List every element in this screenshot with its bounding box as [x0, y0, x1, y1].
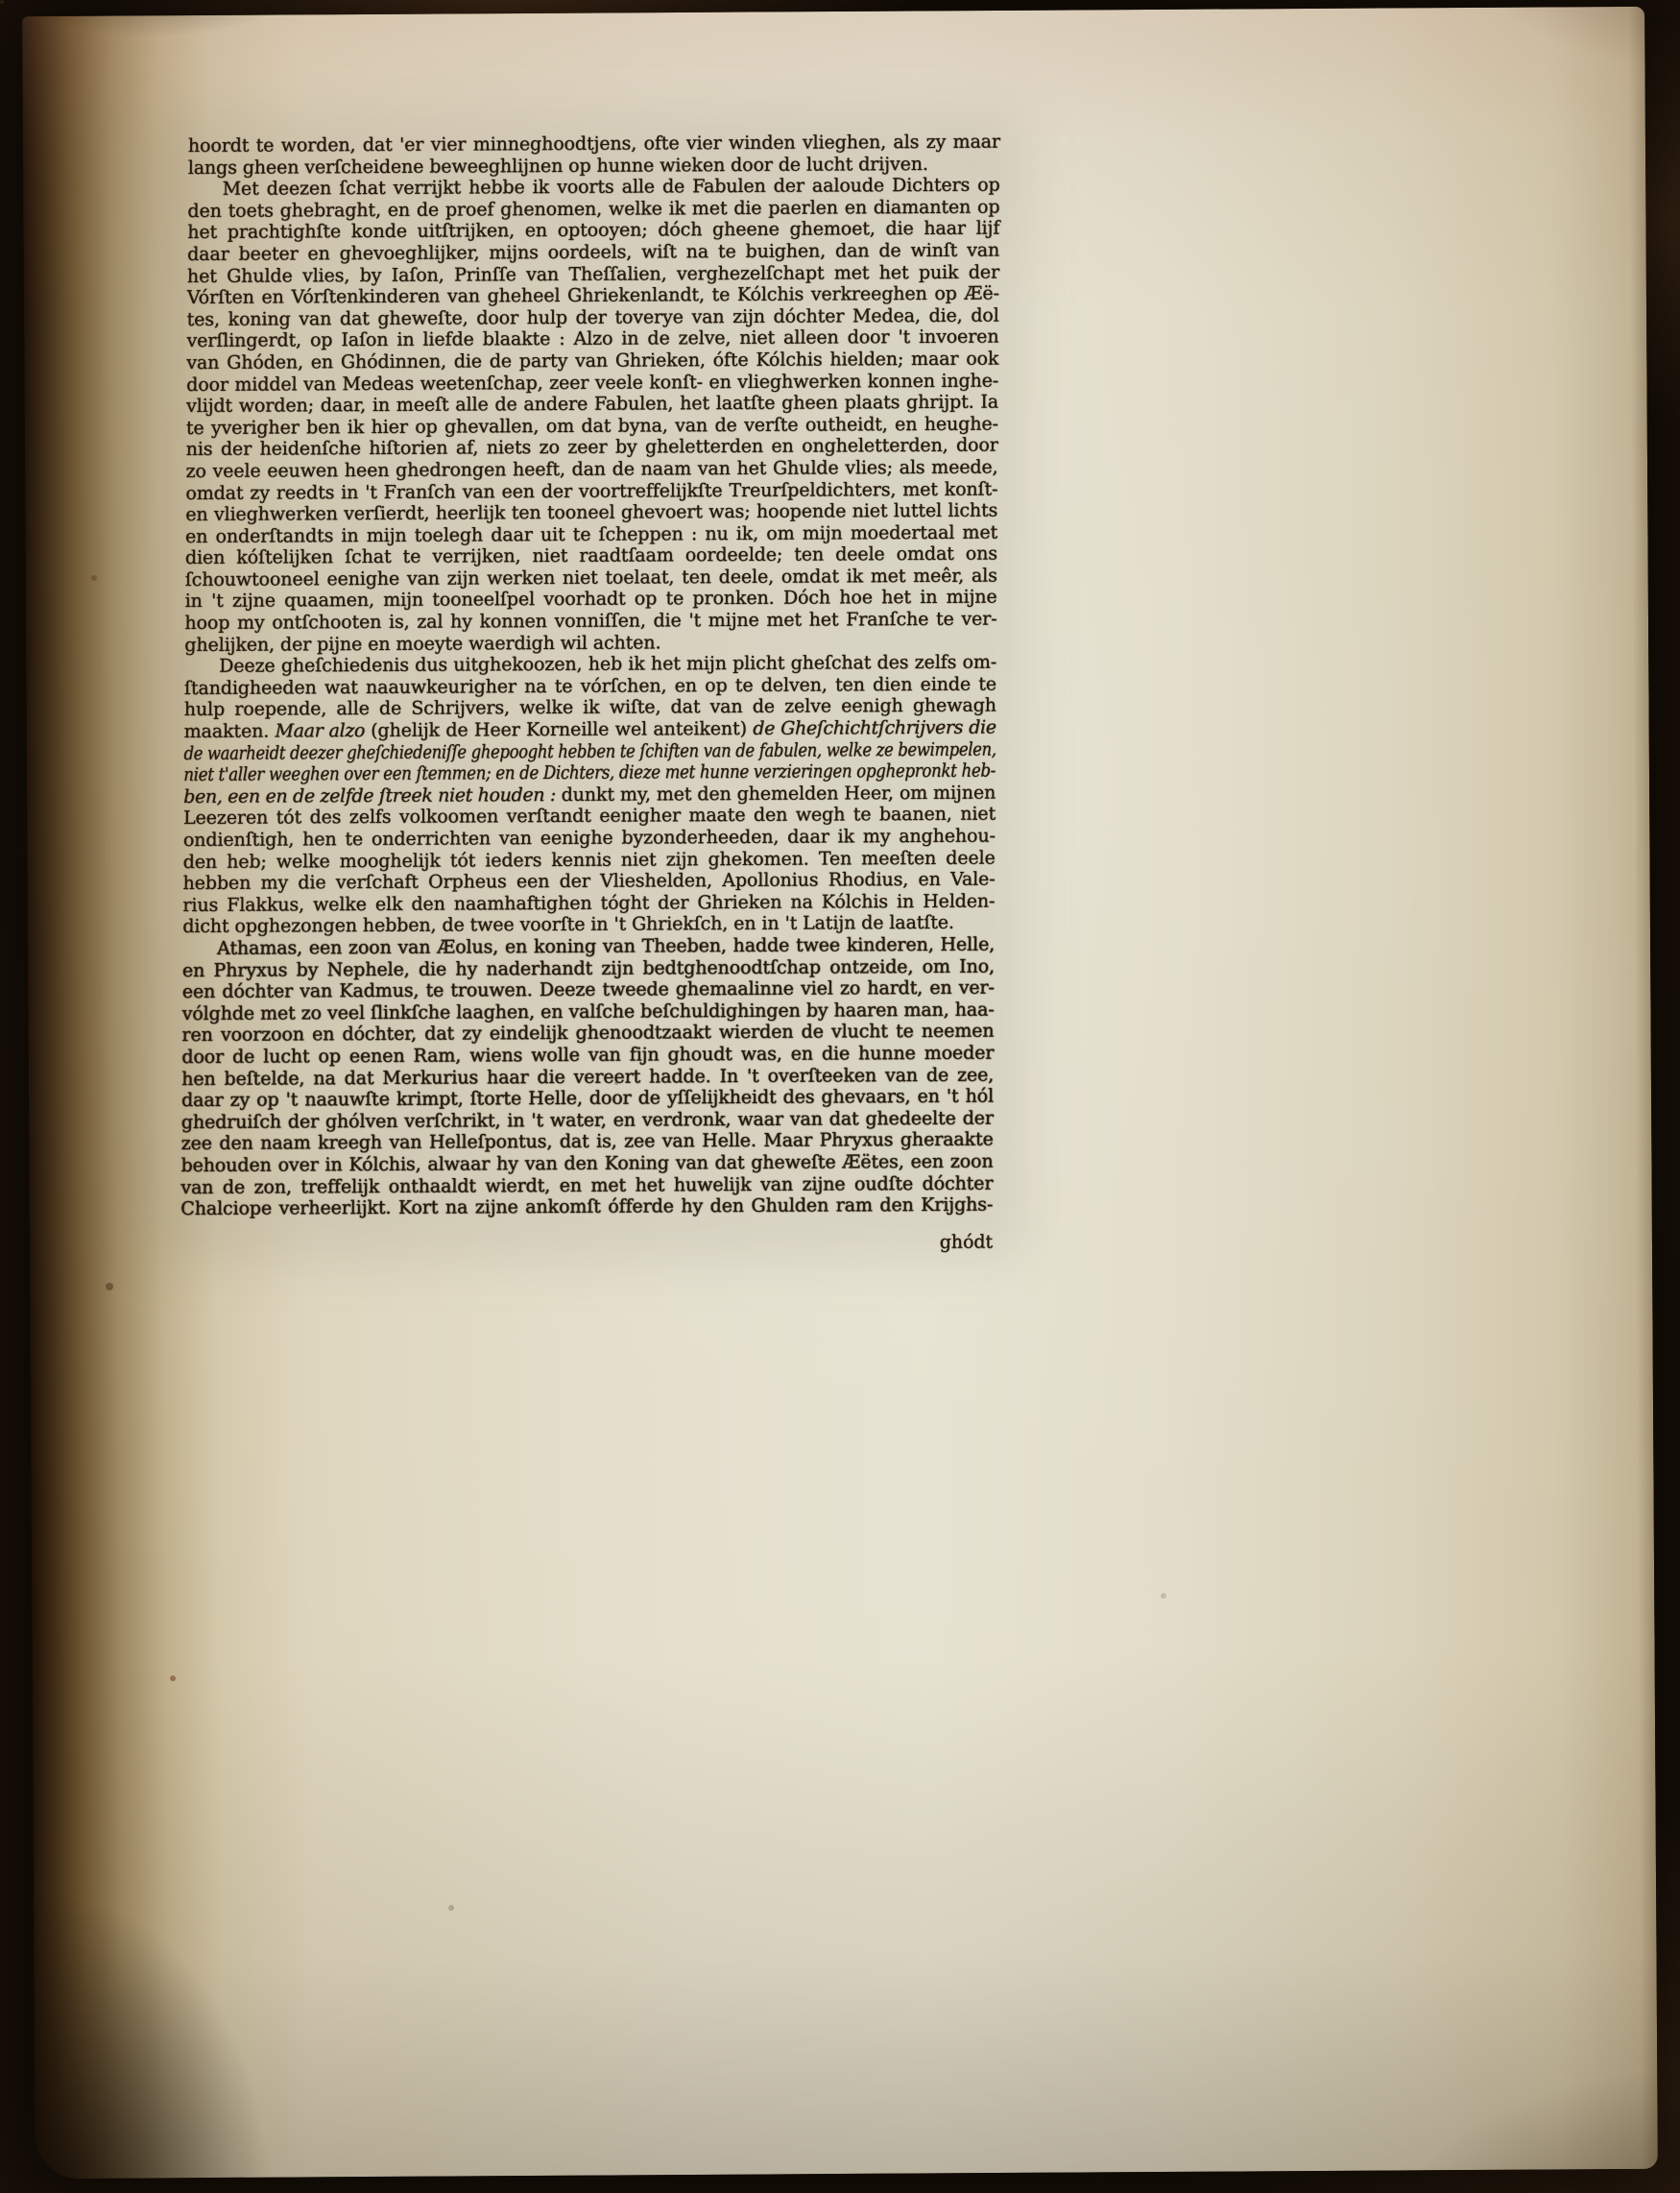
italic-text: Maar alzo	[276, 720, 372, 742]
roman-text: ghelijken, der pijne en moeyte waerdigh …	[184, 632, 660, 656]
text-block: ghódt hoordt te worden, dat 'er vier min…	[180, 132, 1000, 1220]
text-line: hoop my ontſchooten is, zal hy konnen vo…	[184, 609, 996, 635]
italic-text: de Gheſchichtſchrijvers die	[753, 717, 996, 739]
roman-text: dunkt my, met den ghemelden Heer, om mij…	[562, 782, 996, 805]
text-line: Chalciope verheerlijkt. Kort na zijne an…	[180, 1194, 993, 1220]
text-line: niet t'aller weeghen over een ſtemmen; e…	[183, 760, 893, 785]
roman-text: maakten.	[184, 721, 276, 742]
roman-text: (ghelijk de Heer Korneille wel anteikent…	[371, 718, 753, 741]
roman-text: Chalciope verheerlijkt. Kort na zijne an…	[180, 1194, 993, 1219]
roman-text: langs gheen verſcheidene beweeghlijnen o…	[188, 154, 928, 179]
photo-background: ghódt hoordt te worden, dat 'er vier min…	[0, 0, 1680, 2193]
catchword: ghódt	[180, 1232, 993, 1258]
italic-text: niet t'aller weeghen over een ſtemmen; e…	[183, 760, 996, 785]
italic-text: ben, een en de zelfde ſtreek niet houden…	[183, 784, 562, 807]
paper-specks	[0, 0, 4, 4]
roman-text: hoop my ontſchooten is, zal hy konnen vo…	[184, 609, 996, 634]
